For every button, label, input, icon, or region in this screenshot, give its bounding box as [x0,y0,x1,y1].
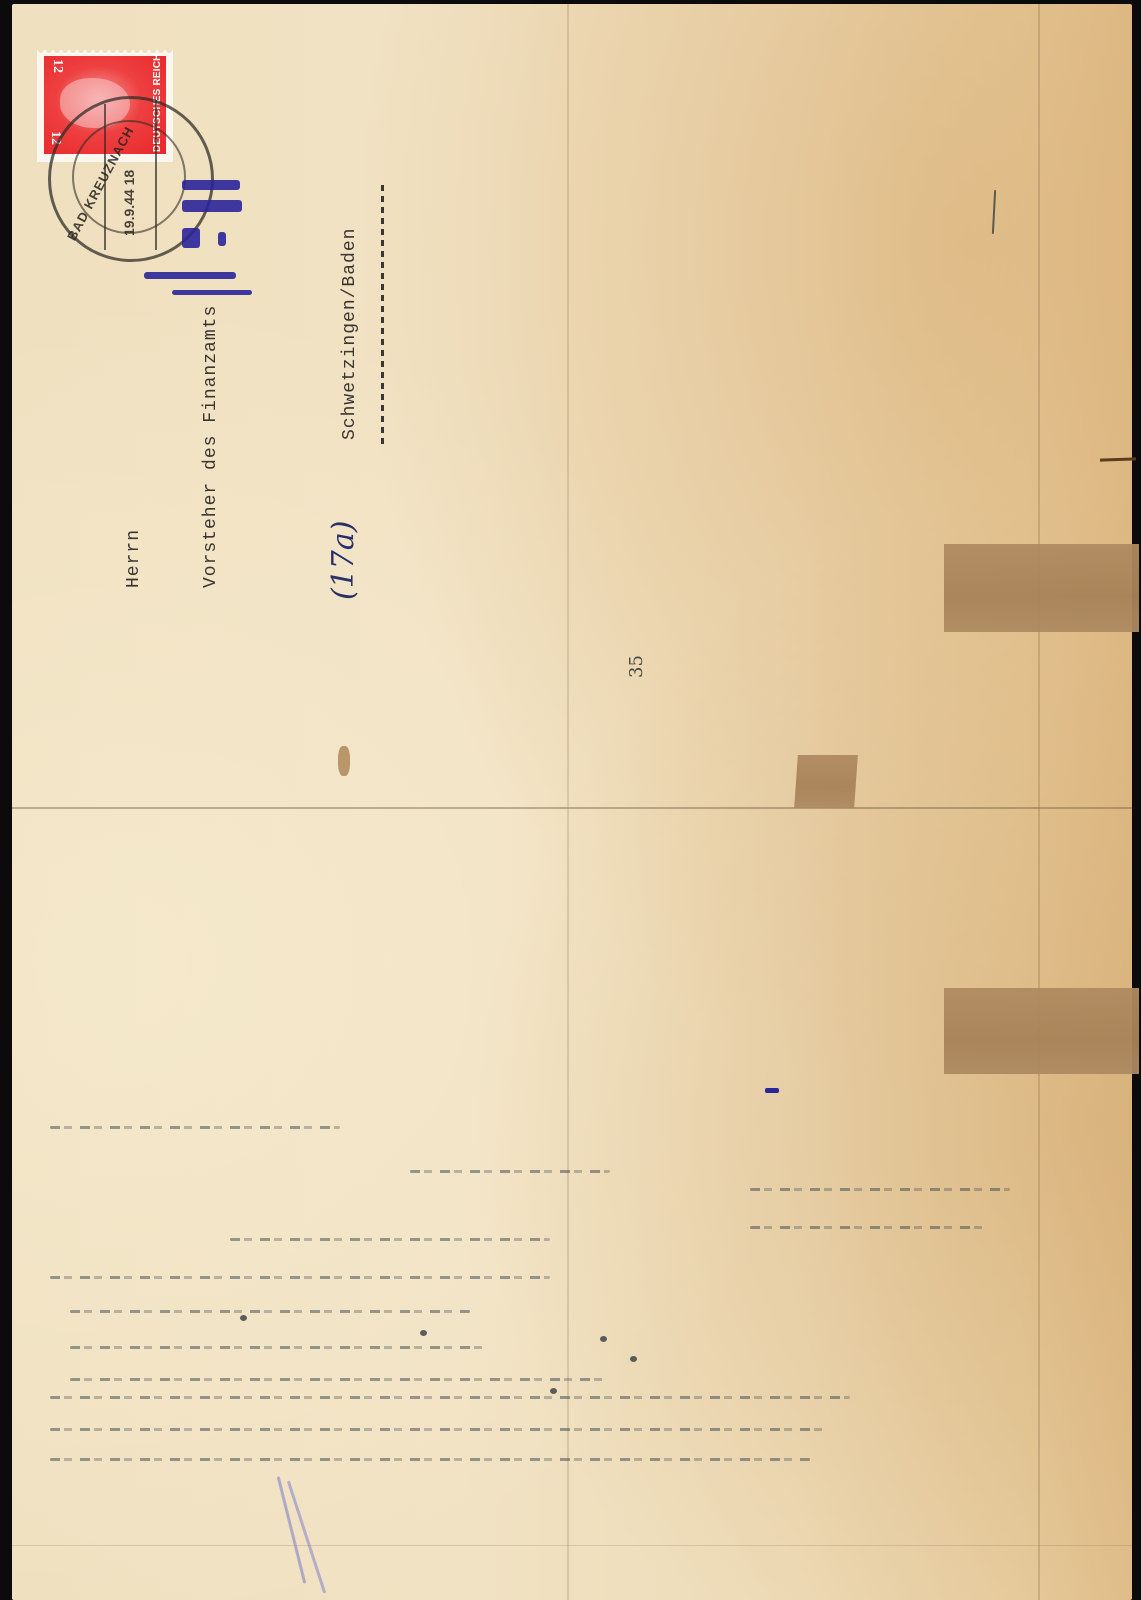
tape-strip-upper [944,544,1139,632]
handwritten-note: (17a) [326,521,361,600]
blue-mark [182,200,242,212]
blue-mark [182,228,200,248]
postmark-date: 19.9.44 18 [121,170,137,236]
address-city: Schwetzingen/Baden [340,228,360,440]
address-underline [381,185,384,447]
stamp-value: 12 [49,59,65,73]
right-fold [1038,4,1040,1600]
postmark-bar [155,100,157,250]
blue-mark [182,180,240,190]
address-salutation: Herrn [124,529,144,588]
bleed-through-writing [30,1060,1030,1480]
blue-mark [765,1088,779,1093]
blue-mark [172,290,252,295]
tape-scrap [794,755,858,808]
blue-mark [144,272,236,279]
stain [338,746,350,776]
address-recipient: Vorsteher des Finanzamts [201,305,221,588]
pencil-note: 35 [626,655,647,678]
lower-fold [12,1545,1132,1546]
blue-mark [218,232,226,246]
horizontal-fold [12,807,1132,809]
